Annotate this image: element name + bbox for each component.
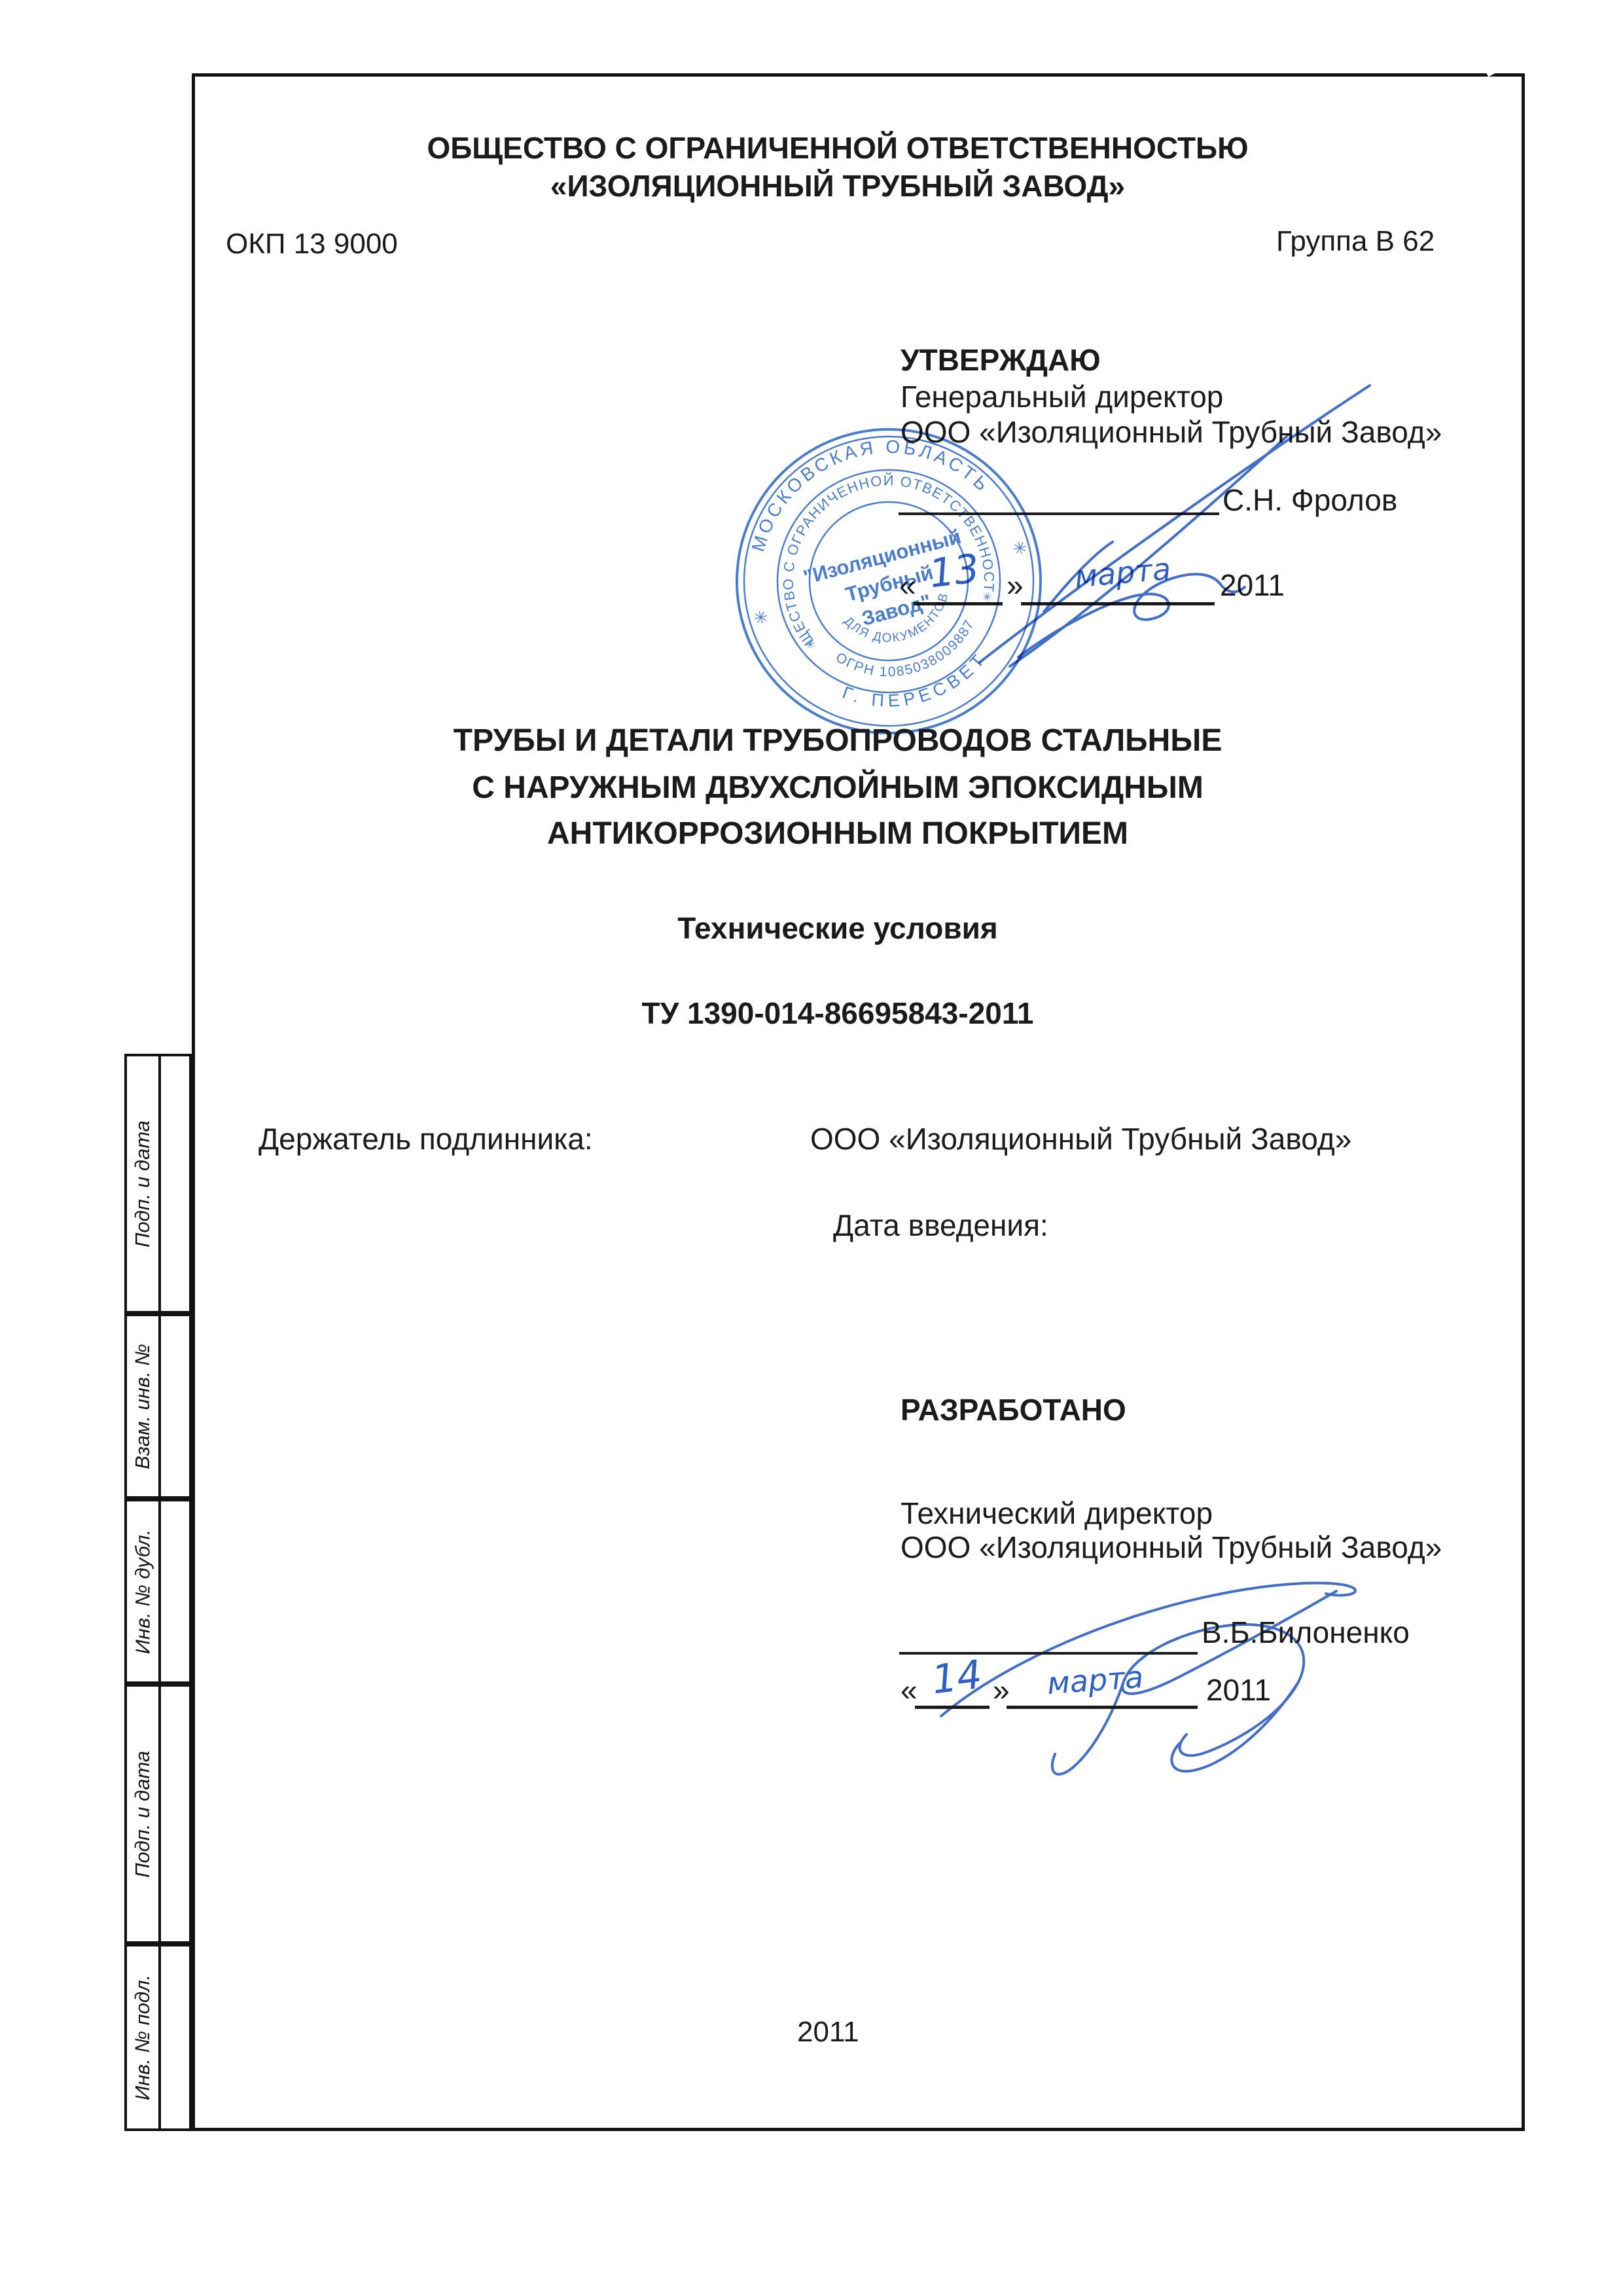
doc-title-line1: ТРУБЫ И ДЕТАЛИ ТРУБОПРОВОДОВ СТАЛЬНЫЕ <box>157 723 1518 759</box>
sidebar-label: Взам. инв. № <box>131 1344 154 1469</box>
sidebar-label: Подп. и дата <box>131 1120 154 1247</box>
approve-signer-name: С.Н. Фролов <box>1222 483 1397 518</box>
holder-value: ООО «Изоляционный Трубный Завод» <box>810 1122 1351 1157</box>
developed-month-underline <box>1007 1706 1198 1709</box>
company-name-line1: ОБЩЕСТВО С ОГРАНИЧЕННОЙ ОТВЕТСТВЕННОСТЬЮ <box>157 131 1518 166</box>
sidebar-label: Подп. и дата <box>131 1750 154 1877</box>
sidebar-value-cell <box>161 1946 189 2128</box>
footer-year: 2011 <box>797 2016 859 2049</box>
approve-year: 2011 <box>1220 568 1285 603</box>
company-round-stamp: МОСКОВСКАЯ ОБЛАСТЬ Г. ПЕРЕСВЕТ ОБЩЕСТВО … <box>719 411 1059 751</box>
developed-date-open-quote: « <box>901 1673 918 1708</box>
developed-year: 2011 <box>1206 1673 1271 1708</box>
okp-code: ОКП 13 9000 <box>226 228 398 261</box>
group-code: Группа В 62 <box>1276 225 1435 259</box>
developed-heading: РАЗРАБОТАНО <box>901 1393 1126 1427</box>
document-page: ОБЩЕСТВО С ОГРАНИЧЕННОЙ ОТВЕТСТВЕННОСТЬЮ… <box>0 0 1623 2296</box>
introduction-date-label: Дата введения: <box>833 1208 1048 1243</box>
developed-handwritten-month: марта <box>1046 1659 1144 1701</box>
company-name-line2: «ИЗОЛЯЦИОННЫЙ ТРУБНЫЙ ЗАВОД» <box>157 169 1518 204</box>
sidebar-label: Инв. № подл. <box>131 1975 154 2100</box>
sidebar-label-cell: Инв. № подл. <box>127 1946 161 2128</box>
approve-heading: УТВЕРЖДАЮ <box>901 343 1101 378</box>
developed-company: ООО «Изоляционный Трубный Завод» <box>901 1530 1442 1565</box>
sidebar-box-podp-i-data-1: Подп. и дата <box>124 1054 192 1314</box>
page-border-frame <box>192 73 1525 2131</box>
developed-role: Технический директор <box>901 1496 1213 1531</box>
holder-label: Держатель подлинника: <box>259 1122 593 1157</box>
sidebar-value-cell <box>161 1316 189 1496</box>
sidebar-box-vzam-inv: Взам. инв. № <box>124 1314 192 1499</box>
approve-role: Генеральный директор <box>901 380 1223 414</box>
developed-signer-name: В.Б.Билоненко <box>1202 1615 1410 1650</box>
doc-title-line2: С НАРУЖНЫМ ДВУХСЛОЙНЫМ ЭПОКСИДНЫМ <box>157 770 1518 806</box>
sidebar-value-cell <box>161 1687 189 1941</box>
stamp-star-left-icon: ✳ <box>751 606 770 629</box>
svg-text:Г. ПЕРЕСВЕТ: Г. ПЕРЕСВЕТ <box>836 645 998 726</box>
doc-title-line3: АНТИКОРРОЗИОННЫМ ПОКРЫТИЕМ <box>157 816 1518 852</box>
sidebar-value-cell <box>161 1501 189 1681</box>
sidebar-label-cell: Подп. и дата <box>127 1056 161 1311</box>
sidebar-box-podp-i-data-2: Подп. и дата <box>124 1684 192 1944</box>
doc-number: ТУ 1390-014-86695843-2011 <box>157 996 1518 1031</box>
sidebar-box-inv-dubl: Инв. № дубл. <box>124 1499 192 1684</box>
sidebar-box-inv-podl: Инв. № подл. <box>124 1944 192 2131</box>
sidebar-label: Инв. № дубл. <box>131 1529 154 1654</box>
sidebar-label-cell: Взам. инв. № <box>127 1316 161 1496</box>
sidebar-label-cell: Инв. № дубл. <box>127 1501 161 1681</box>
developed-day-underline <box>915 1706 990 1709</box>
developed-handwritten-day: 14 <box>929 1652 984 1704</box>
sidebar-label-cell: Подп. и дата <box>127 1687 161 1941</box>
stamp-city-text: Г. ПЕРЕСВЕТ <box>836 645 998 726</box>
developed-date-close-quote: » <box>993 1673 1010 1708</box>
developed-signature-line <box>899 1652 1198 1655</box>
sidebar-value-cell <box>161 1056 189 1311</box>
doc-subtitle: Технические условия <box>157 911 1518 946</box>
